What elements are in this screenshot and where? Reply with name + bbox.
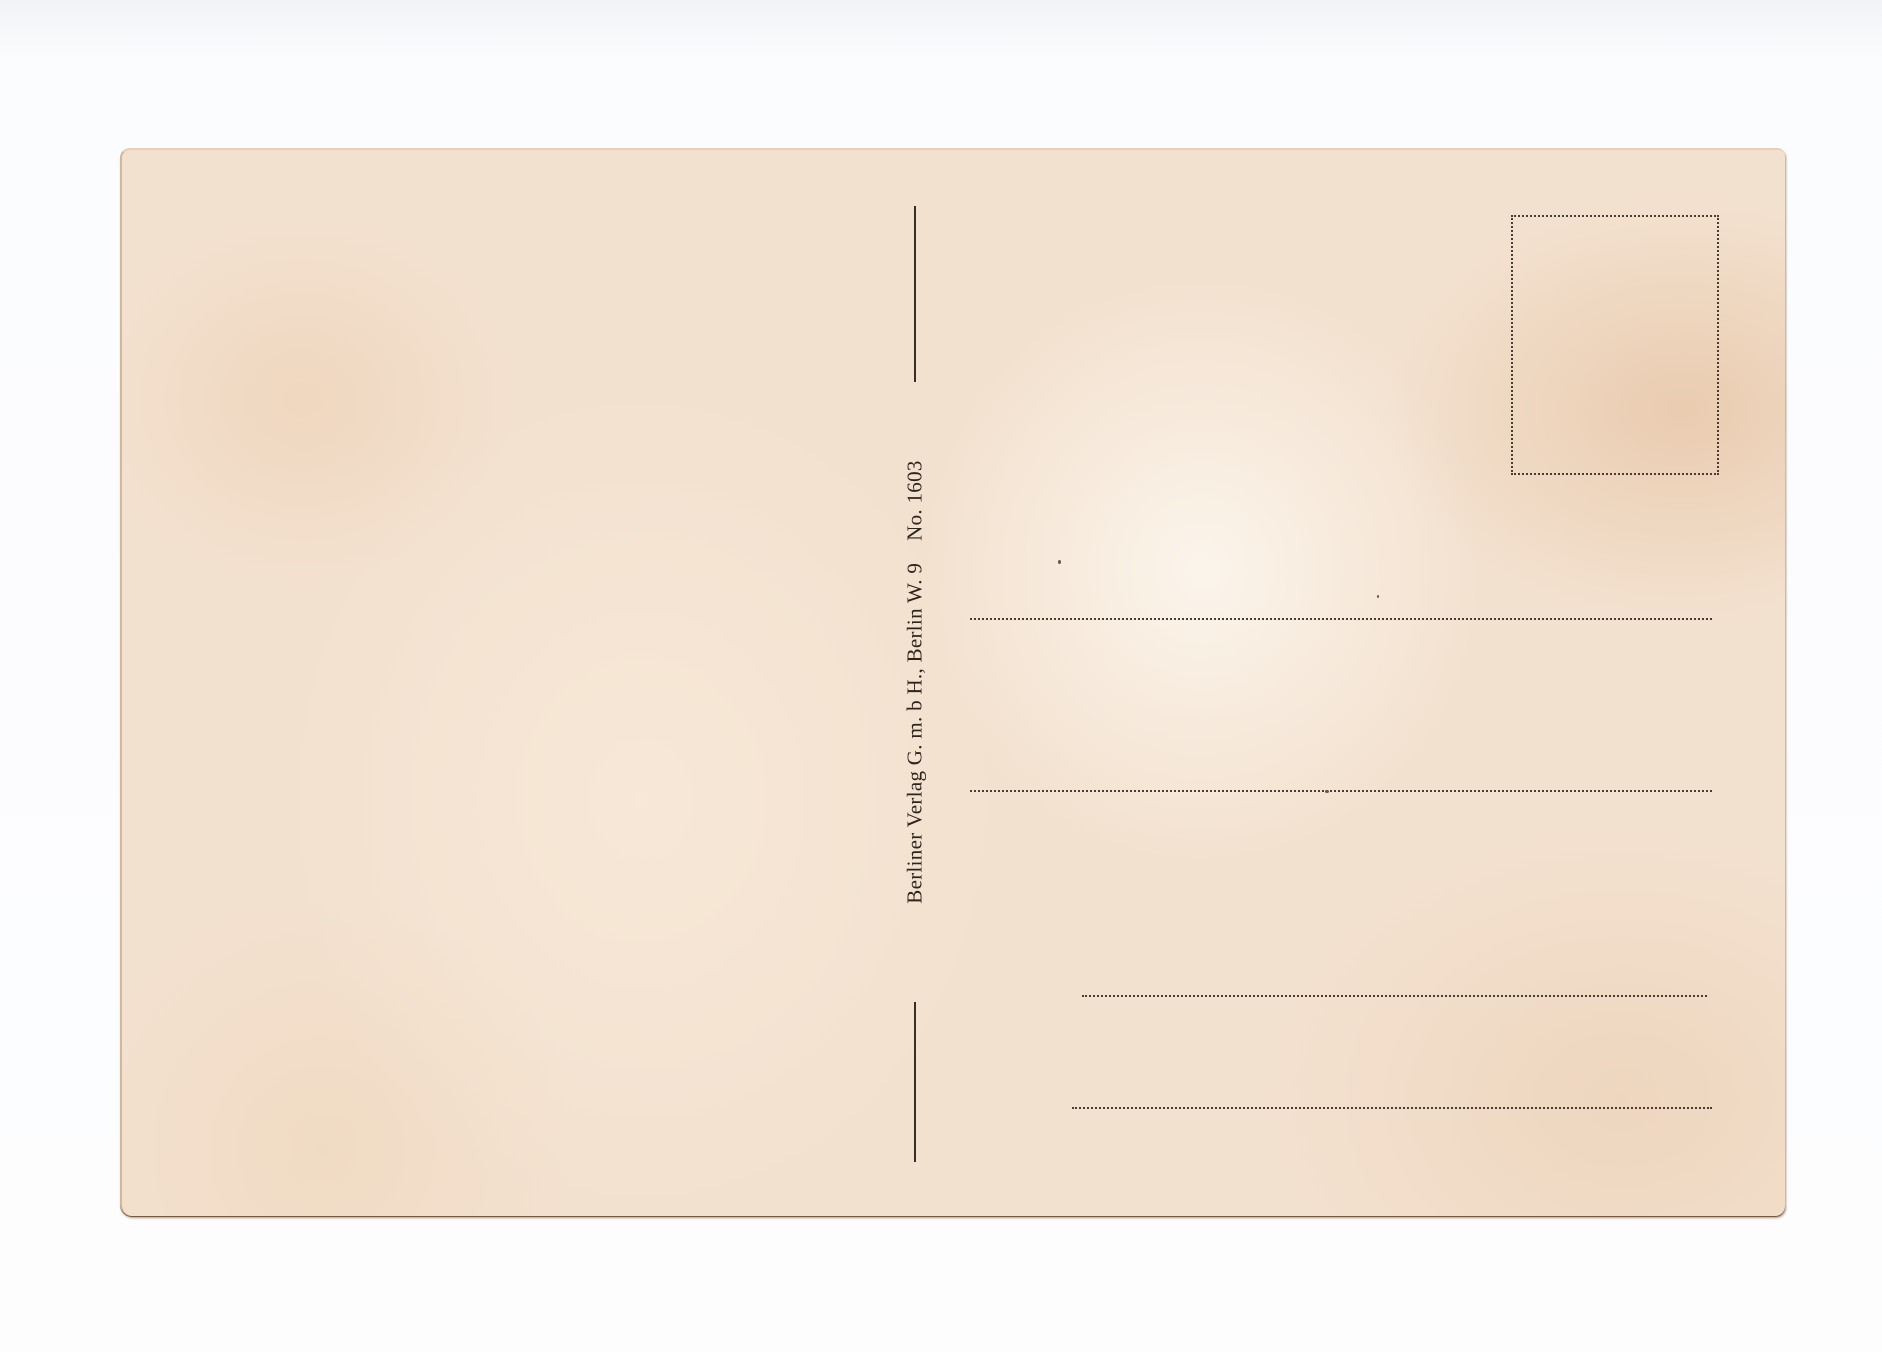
catalog-number: No. 1603 (903, 460, 927, 541)
paper-speck (1377, 595, 1379, 598)
address-line-3 (1082, 995, 1707, 997)
address-line-2 (970, 790, 1712, 792)
address-line-4 (1072, 1107, 1712, 1109)
postcard: Berliner Verlag G. m. b H., Berlin W. 9N… (120, 148, 1785, 1216)
address-line-1 (970, 618, 1712, 620)
stamp-placement-box (1511, 215, 1719, 475)
paper-speck (1058, 560, 1061, 564)
center-divider-top (914, 206, 916, 382)
publisher-name: Berliner Verlag G. m. b H., Berlin W. 9 (903, 563, 927, 904)
publisher-imprint: Berliner Verlag G. m. b H., Berlin W. 9N… (903, 460, 928, 903)
center-divider-bottom (914, 1002, 916, 1162)
paper-speck (1325, 790, 1329, 793)
